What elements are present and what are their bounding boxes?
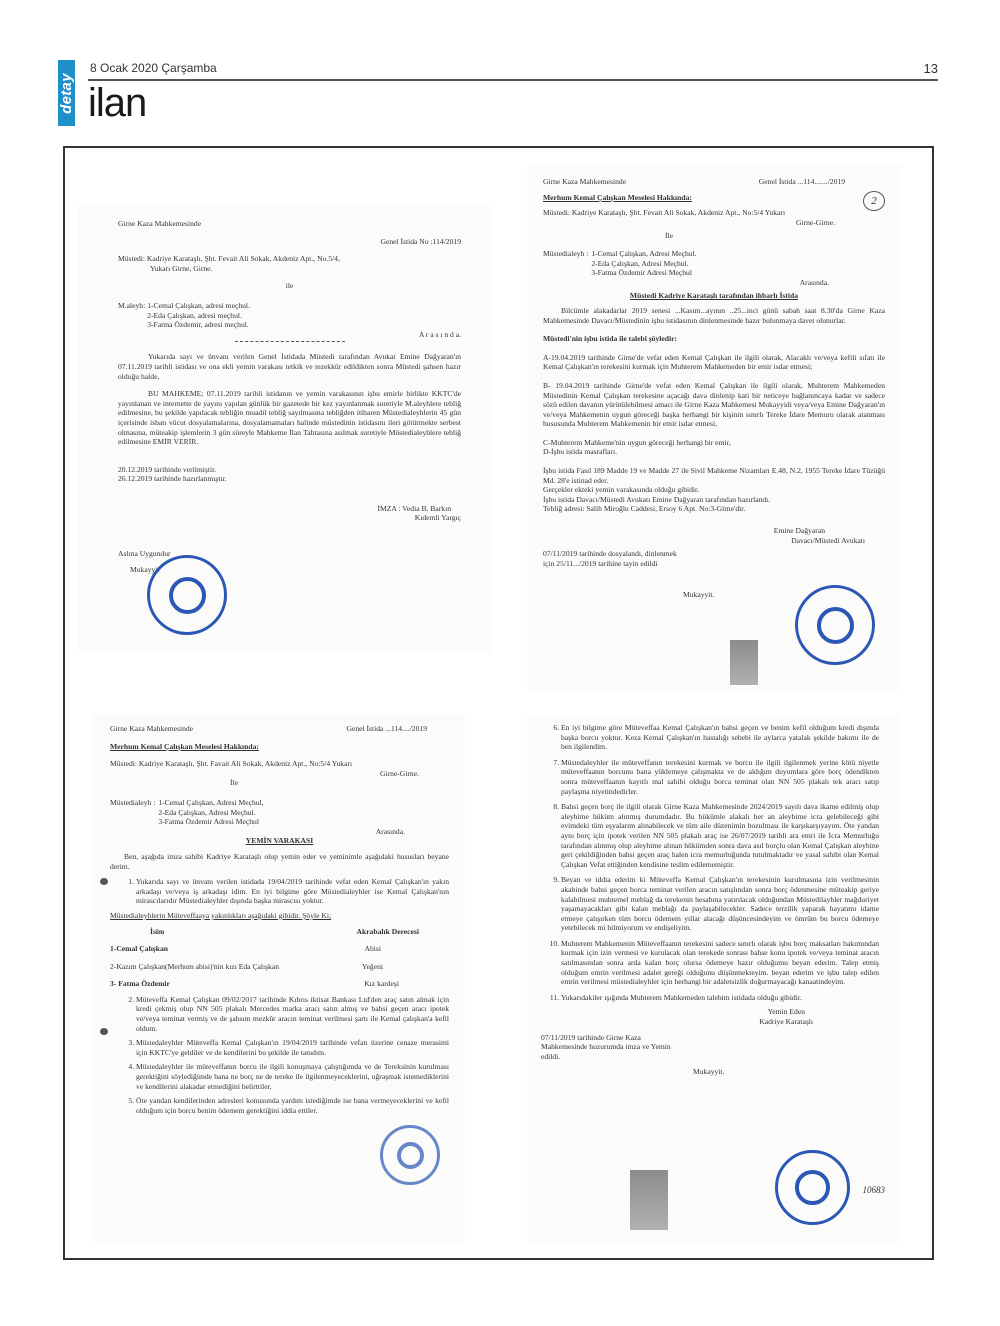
legal-basis: İşbu istida Fasıl 189 Madde 19 ve Madde … xyxy=(543,466,885,485)
hearing-date: için 25/11.../2019 tarihine tayin edildi xyxy=(543,559,885,569)
case-number: Genel İstida No :114/2019 xyxy=(118,237,461,247)
order-paragraph-1: Yukarıda sayı ve ünvanı verilen Genel İs… xyxy=(118,352,461,381)
hole-punch-icon xyxy=(100,878,108,885)
affidavit-item-7: Müstedaleyhler ile müteveffanın terekesi… xyxy=(561,758,879,796)
affidavit-item-9: Beyan ve iddia ederim ki Müteveffa Kemal… xyxy=(561,875,879,933)
column-header-relation: Akrabalık Derecesi xyxy=(356,927,419,937)
affidavit-title: YEMİN VARAKASI xyxy=(110,836,449,846)
handwritten-number: 10683 xyxy=(863,1186,886,1196)
mukayyit: Mukayyit. xyxy=(535,1067,879,1077)
defendants-label: M.aleyh: xyxy=(118,301,145,330)
court-stamp-icon xyxy=(380,1125,440,1185)
facts: Gerçekler ekteki yemin varakasında olduğ… xyxy=(543,485,885,495)
signer-name: Emine Dağyaran xyxy=(543,526,885,536)
issue-date: 8 Ocak 2020 Çarşamba xyxy=(90,61,217,75)
request-c: C-Muhterem Mahkeme'nin uygun göreceği he… xyxy=(543,438,885,448)
court-order-document: Girne Kaza Mahkemesinde Genel İstida No … xyxy=(78,205,491,652)
plaintiff: Müstedi: Kadriye Karataşlı, Şht. Favait … xyxy=(110,759,449,769)
defendant-2: 2-Eda Çalışkan, adresi meçhul. xyxy=(147,311,250,321)
filed-date: 07/11/2019 tarihinde dosyalandı, dinlenm… xyxy=(543,549,885,559)
affidavit-item-5: Öte yandan kendilerinden adresleri konus… xyxy=(136,1096,449,1115)
ile-label: İle xyxy=(543,231,885,241)
request-d: D-İşbu istida masrafları. xyxy=(543,447,885,457)
relation-row: 3- Fatma Özdemir Kız kardeşi xyxy=(110,979,449,989)
court-name: Girne Kaza Mahkemesinde xyxy=(118,219,461,229)
hole-punch-icon xyxy=(100,1028,108,1035)
plaintiff-address: Yukarı Girne, Girne. xyxy=(118,264,461,274)
affidavit-item-6: En iyi bilgime göre Müteveffaa Kemal Çal… xyxy=(561,723,879,752)
divider xyxy=(235,341,345,342)
defendants-label: Müstedialeyh : xyxy=(543,249,588,278)
affidavit-item-3: Müstedaleyhler Müteveffa Kemal Çalışkan'… xyxy=(136,1038,449,1057)
affidavit-item-1: Yukarıda sayı ve ünvanı verilen istidada… xyxy=(136,877,449,906)
affidavit-item-2: Müteveffa Kemal Çalışkan 09/02/2017 tari… xyxy=(136,995,449,1033)
aslina-uygundur: Aslına Uygundur xyxy=(118,549,461,559)
affidavit-item-8: Bahsi geçen borç ile ilgili olarak Girne… xyxy=(561,802,879,869)
relation-row: 1-Cemal Çalışkan Abisi xyxy=(110,944,449,954)
judge-signature: İMZA : Vedia B. Barkın xyxy=(118,504,461,514)
sworn-name: Kadriye Karataşlı xyxy=(535,1017,879,1027)
request-a: A-19.04.2019 tarihinde Girne'de vefat ed… xyxy=(543,353,885,372)
court-name: Girne Kaza Mahkemesinde xyxy=(110,724,193,734)
defendant-2: 2-Eda Çalışkan, Adresi Meçhul. xyxy=(158,808,263,818)
case-number: Genel İstida ...114..../2019 xyxy=(347,724,450,734)
request-title: Müstedi'nin işbu istida ile talebi şöyle… xyxy=(543,334,885,344)
service-address: Tebliğ adresi: Salih Miroğlu Caddesi, Er… xyxy=(543,504,885,514)
case-number: Genel İstida ...114......./2019 xyxy=(759,177,885,187)
affidavit-intro: Ben, aşağıda imza sahibi Kadriye Karataş… xyxy=(110,852,449,871)
affidavit-item-4: Müstedaleyhler ile müteveffanın borcu il… xyxy=(136,1062,449,1091)
relations-title: Müstedialeyhlerin Müteveffaaya yakınlıkl… xyxy=(110,911,449,921)
sworn-note: 07/11/2019 tarihinde Girne Kaza Mahkemes… xyxy=(535,1033,681,1062)
page-number: 13 xyxy=(924,61,938,76)
defendant-1: 1-Cemal Çalışkan, Adresi Meçhul. xyxy=(591,249,696,259)
subject: Merhum Kemal Çalışkan Meselesi Hakkında: xyxy=(110,742,449,752)
defendant-3: 3-Fatma Özdemir Adresi Meçhul xyxy=(591,268,696,278)
header-rule xyxy=(88,79,938,81)
date-prepared: 26.12.2019 tarihinde hazırlanmıştır. xyxy=(118,474,461,484)
plaintiff-address: Girne-Girne. xyxy=(543,218,885,228)
petition-title: Müstedi Kadriye Karataşlı tarafından ihb… xyxy=(543,291,885,301)
page-mark: 2 xyxy=(863,191,885,211)
arasinda: Arasında. xyxy=(543,278,885,288)
defendants-label: Müstedialeyh : xyxy=(110,798,155,827)
affidavit-document-page-2: En iyi bilgime göre Müteveffaa Kemal Çal… xyxy=(527,715,899,1242)
defendant-1: 1-Cemal Çalışkan, adresi meçhul. xyxy=(147,301,250,311)
subject: Merhum Kemal Çalışkan Meselesi Hakkında: xyxy=(543,193,885,203)
judge-title: Kıdemli Yargıç xyxy=(118,513,461,523)
plaintiff: Müstedi: Kadriye Karataşlı, Şht. Fevait … xyxy=(118,254,461,264)
arasinda: Arasında. xyxy=(110,827,449,837)
affidavit-item-10: Muhterem Mahkemenin Müteveffaanın tereke… xyxy=(561,939,879,987)
defendant-2: 2-Eda Çalışkan, Adresi Meçhul. xyxy=(591,259,696,269)
plaintiff: Müstedi: Kadriye Karataşlı, Şht. Fevait … xyxy=(543,208,885,218)
defendant-1: 1-Cemal Çalışkan, Adresi Meçhul, xyxy=(158,798,263,808)
detay-logo: detay xyxy=(58,60,75,126)
court-stamp-icon xyxy=(147,555,227,635)
ile-label: İle xyxy=(110,778,449,788)
affidavit-item-11: Yukarıdakiler ışığında Muhterem Mahkemed… xyxy=(561,993,879,1003)
revenue-stamp-photo xyxy=(630,1170,668,1230)
revenue-stamp-photo xyxy=(730,640,758,685)
column-header-name: İsim xyxy=(150,927,164,937)
defendant-3: 3-Fatma Özdemir Adresi Meçhul xyxy=(158,817,263,827)
summons-paragraph: Bilcümle alakadarlar 2019 senesi ...Kası… xyxy=(543,306,885,325)
lawyer-stamp-icon xyxy=(795,585,875,665)
plaintiff-address: Girne-Girne. xyxy=(110,769,449,779)
section-title: ilan xyxy=(88,80,146,126)
ile-label: ile xyxy=(118,281,461,291)
signer-title: Davacı/Müstedi Avukatı xyxy=(543,536,885,546)
arasinda: A r a s ı n d a. xyxy=(118,330,461,340)
request-b: B- 19.04.2019 tarihinde Girne'de vefat e… xyxy=(543,381,885,429)
court-stamp-icon xyxy=(775,1150,850,1225)
court-name: Girne Kaza Mahkemesinde xyxy=(543,177,626,187)
prepared-by: İşbu istida Davacı/Müstedi Avukatı Emine… xyxy=(543,495,885,505)
order-paragraph-2: BU MAHKEME; 07.11.2019 tarihli istidanın… xyxy=(118,389,461,447)
sworn-by-label: Yemin Eden xyxy=(535,1007,879,1017)
date-given: 20.12.2019 tarihinde verilmiştir. xyxy=(118,465,461,475)
defendant-3: 3-Fatma Özdemir, adresi meçhul. xyxy=(147,320,250,330)
relation-row: 2-Kazım Çalışkan(Merhum abisi)'nin kızı … xyxy=(110,962,449,972)
